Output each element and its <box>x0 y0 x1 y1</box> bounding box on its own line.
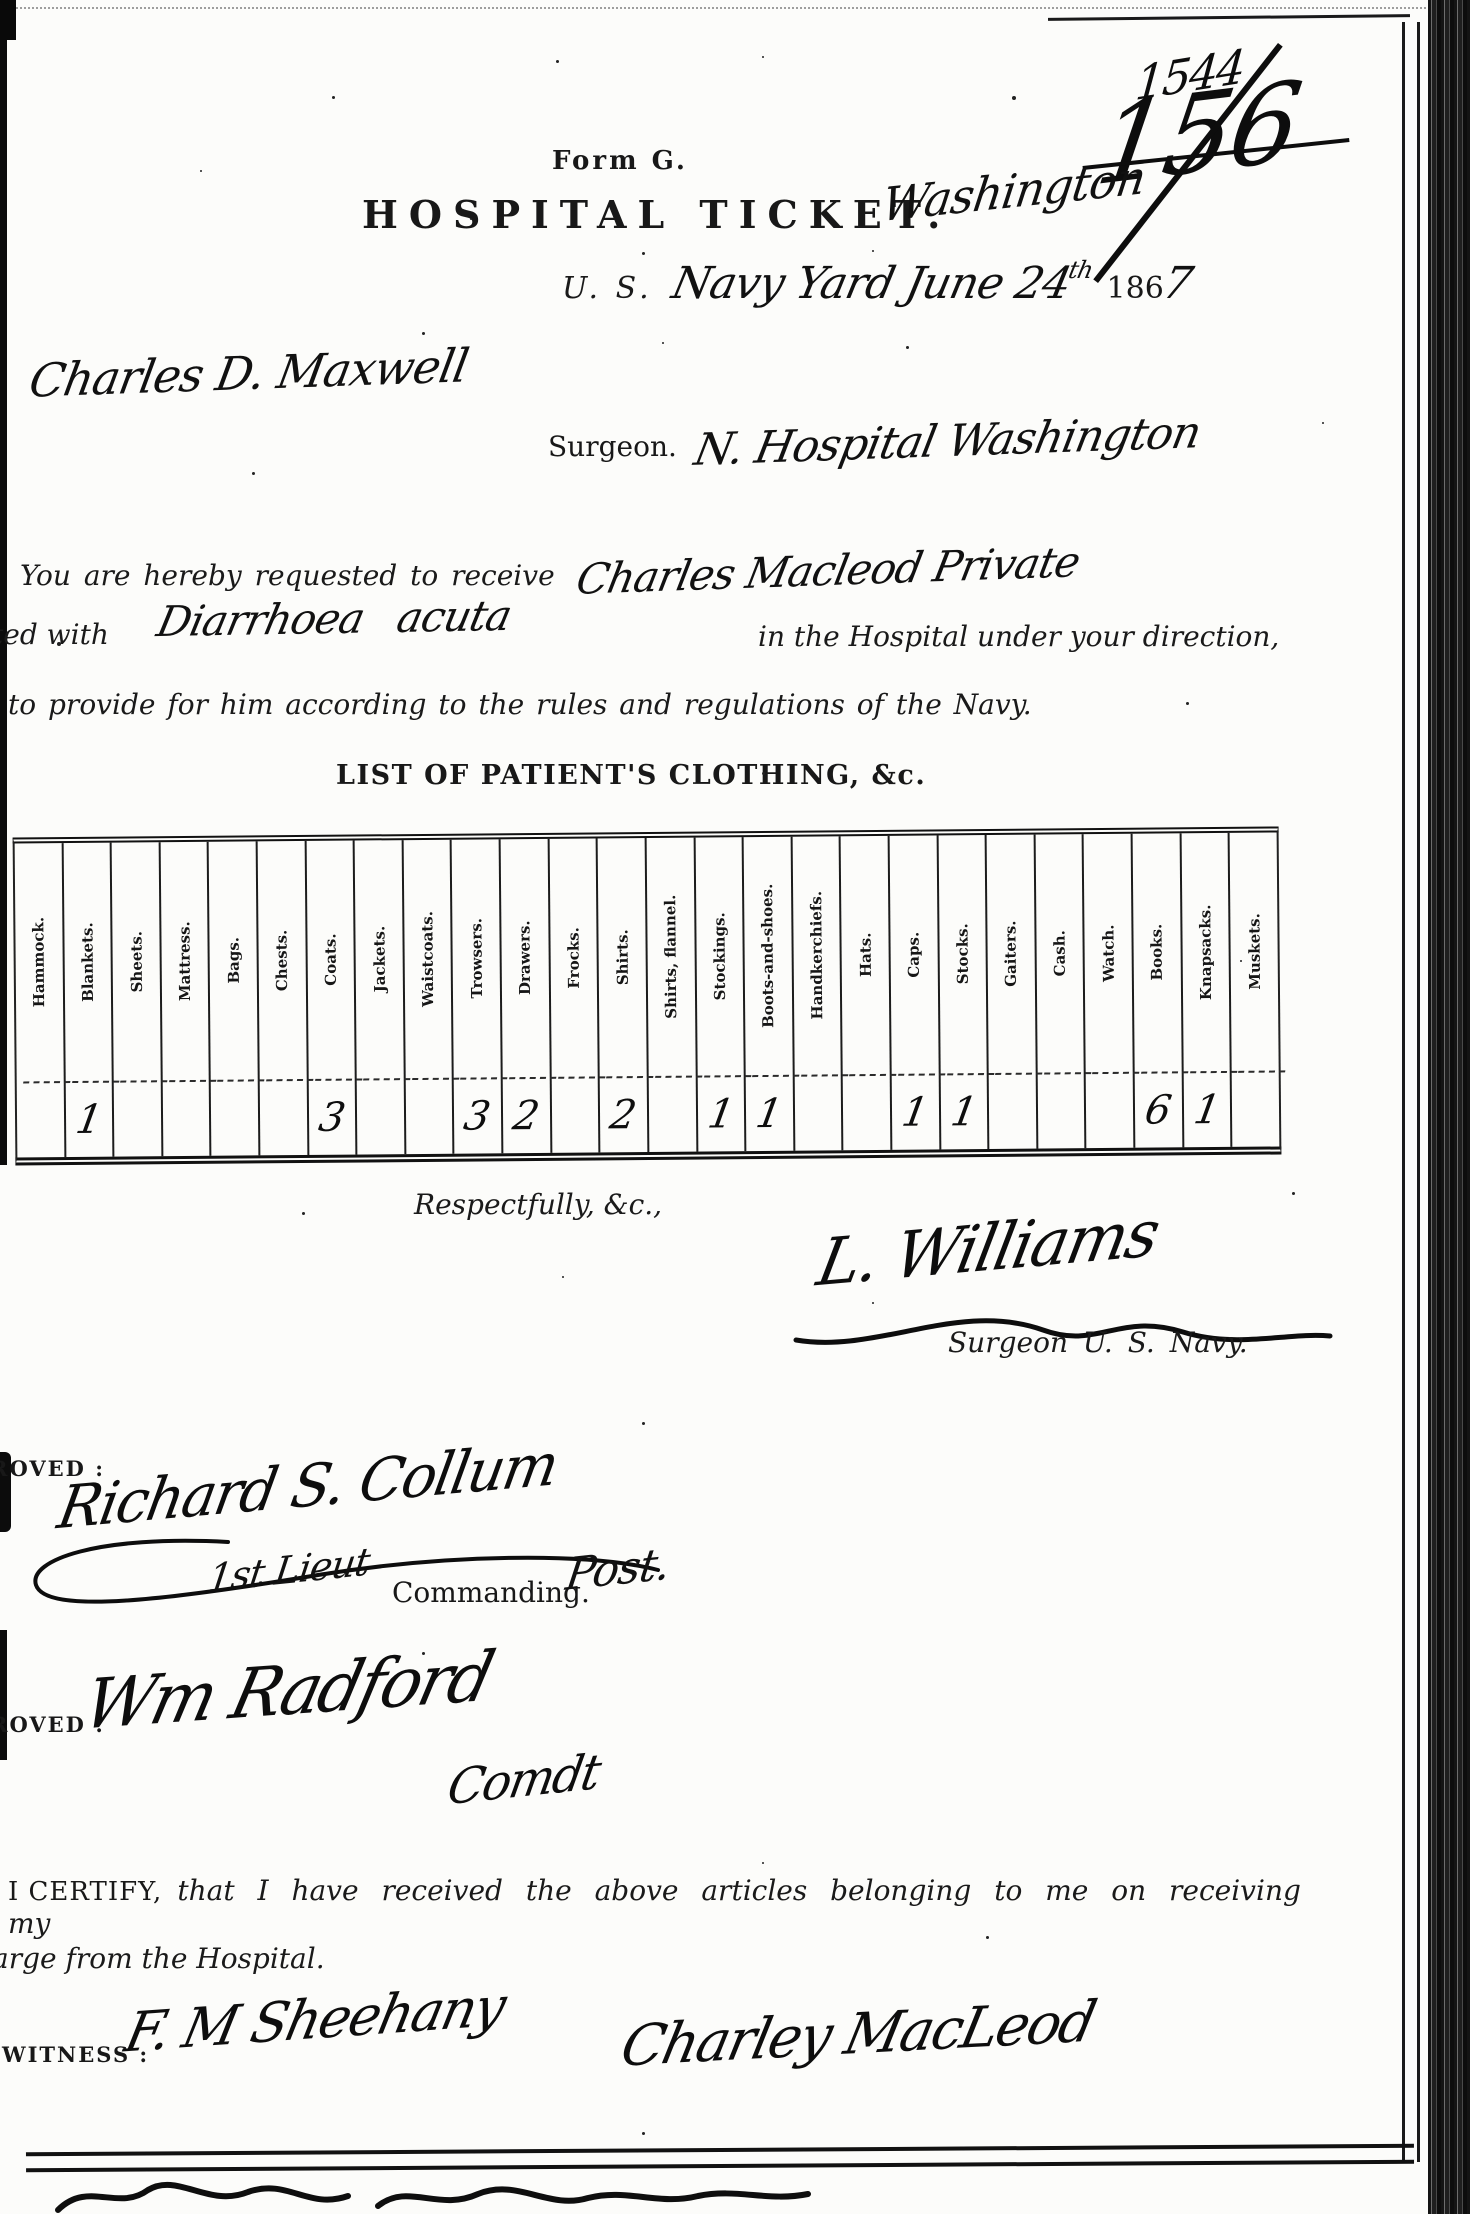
request-printed: You are hereby requested to receive <box>20 559 555 592</box>
certify-prefix-printed: I CERTIFY, <box>8 1877 162 1907</box>
witness-signature: F. M Sheehany <box>120 1974 511 2064</box>
clothing-column-label: Caps. <box>904 826 924 1074</box>
clothing-column-label: Gaiters. <box>1001 825 1021 1073</box>
clothing-column-label: Stockings. <box>709 827 729 1075</box>
scan-speckle <box>762 1862 764 1864</box>
scan-speckle <box>762 772 765 775</box>
form-top-border <box>1048 14 1410 21</box>
clothing-column-label: Muskets. <box>1244 823 1264 1071</box>
certification-line-1: I CERTIFY, that I have received the abov… <box>8 1874 1338 1940</box>
scan-speckle <box>252 472 255 475</box>
scan-speckle <box>872 1302 874 1304</box>
clothing-column: Stocks.1 <box>936 835 987 1149</box>
clothing-column-label: Shirts, flannel. <box>661 828 681 1076</box>
commanding-printed: Commanding. <box>392 1576 590 1609</box>
clothing-column: Gaiters. <box>985 835 1036 1149</box>
scan-ink-blob <box>0 1630 7 1760</box>
form-bottom-border <box>26 2144 1414 2172</box>
clothing-column: Blankets.1 <box>61 843 112 1157</box>
scan-speckle <box>470 218 472 220</box>
scan-speckle <box>906 346 909 349</box>
dateline-handwritten: Navy Yard June 24 <box>667 258 1075 309</box>
scan-speckle <box>872 250 874 252</box>
clothing-column-label: Chests. <box>272 831 292 1079</box>
clothing-column: Coats.3 <box>304 841 355 1155</box>
respectfully-printed: Respectfully, &c., <box>414 1188 662 1221</box>
clothing-column: Bags. <box>207 841 258 1155</box>
scan-speckle <box>1322 422 1324 424</box>
patient-name-handwritten: Charles Macleod Private <box>572 537 1083 604</box>
approver-signature-2: Wm Radford <box>76 1637 499 1746</box>
approver-signature-1: Richard S. Collum <box>53 1430 563 1543</box>
clothing-column-label: Watch. <box>1098 824 1118 1072</box>
request-line-1: You are hereby requested to receive Char… <box>20 546 1079 595</box>
scan-speckle <box>986 1936 989 1939</box>
diagnosis-handwritten: Diarrhoea acuta <box>153 591 516 646</box>
clothing-column: Shirts.2 <box>596 838 647 1152</box>
scan-speckle <box>422 332 425 335</box>
certify-body-printed: that I have received the above articles … <box>8 1874 1301 1940</box>
clothing-column: Muskets. <box>1228 833 1279 1147</box>
scan-speckle <box>200 170 202 172</box>
scan-left-edge <box>0 0 7 1165</box>
clothing-column: Jackets. <box>353 840 404 1154</box>
clothing-table: Hammock.Blankets.1Sheets.Mattress.Bags.C… <box>13 826 1282 1165</box>
surgeon-label-printed: Surgeon. <box>548 430 677 463</box>
clothing-column-label: Mattress. <box>175 832 195 1080</box>
scan-speckle <box>57 642 61 646</box>
clothing-column-label: Stocks. <box>952 825 972 1073</box>
clothing-column: Shirts, flannel. <box>645 838 696 1152</box>
addressee-name-handwritten: Charles D. Maxwell <box>25 338 472 408</box>
clothing-column-label: Sheets. <box>126 832 146 1080</box>
clothing-column-label: Handkerchiefs. <box>807 826 827 1074</box>
clothing-column-label: Hammock. <box>29 833 49 1081</box>
clothing-list-title: LIST OF PATIENT'S CLOTHING, &c. <box>336 760 926 791</box>
clothing-column: Hats. <box>839 836 890 1150</box>
clothing-column: Frocks. <box>547 838 598 1152</box>
clothing-column-label: Frocks. <box>564 829 584 1077</box>
scan-speckle <box>1292 1192 1295 1195</box>
clothing-column: Books.6 <box>1131 833 1182 1147</box>
clothing-column-label: Cash. <box>1050 824 1070 1072</box>
commandant-handwritten: Comdt <box>443 1743 603 1816</box>
scan-speckle <box>1240 960 1242 962</box>
scan-speckle <box>556 60 559 63</box>
scan-speckle <box>1186 702 1189 705</box>
scan-speckle <box>642 1422 645 1425</box>
scan-speckle <box>1012 96 1016 100</box>
clothing-column-label: Bags. <box>223 832 243 1080</box>
clothing-column: Chests. <box>256 841 307 1155</box>
clothing-column-label: Jackets. <box>369 830 389 1078</box>
scan-speckle <box>642 2132 645 2135</box>
provide-printed: to provide for him according to the rule… <box>8 688 1032 721</box>
scan-ink-blob <box>0 0 16 40</box>
clothing-column-label: Books. <box>1147 823 1167 1071</box>
certification-line-2: arge from the Hospital. <box>0 1942 325 1975</box>
afflicted-with-printed: ted with <box>0 618 109 651</box>
clothing-column-label: Blankets. <box>77 833 97 1081</box>
surgeon-title-printed: Surgeon U. S. Navy. <box>948 1326 1248 1359</box>
scan-speckle <box>562 1276 564 1278</box>
clothing-column: Trowsers.3 <box>450 839 501 1153</box>
scan-speckle <box>422 1652 425 1655</box>
patient-signature: Charley MacLeod <box>615 1989 1100 2080</box>
scan-speckle <box>302 1212 305 1215</box>
clothing-column: Waistcoats. <box>402 840 453 1154</box>
clothing-column: Mattress. <box>158 842 209 1156</box>
surgeon-line: Surgeon. N. Hospital Washington <box>548 416 1200 467</box>
form-number-label: Form G. <box>552 146 688 176</box>
scan-speckle <box>332 96 335 99</box>
clothing-column: Boots-and-shoes.1 <box>742 837 793 1151</box>
clothing-column: Caps.1 <box>888 835 939 1149</box>
clothing-column-label: Hats. <box>855 826 875 1074</box>
dateline-year-digit-handwritten: 7 <box>1158 258 1196 309</box>
clothing-column-label: Waistcoats. <box>418 830 438 1078</box>
clothing-column: Knapsacks.1 <box>1179 833 1230 1147</box>
clothing-column: Watch. <box>1082 834 1133 1148</box>
scan-speckle <box>642 252 645 255</box>
dateline: U. S. Navy Yard June 24 th 186 7 <box>562 258 1191 309</box>
scan-top-dotted-line <box>0 7 1470 9</box>
clothing-column-label: Boots-and-shoes. <box>758 827 778 1075</box>
scan-speckle <box>762 56 764 58</box>
clothing-column: Hammock. <box>15 843 64 1157</box>
form-right-border <box>1402 22 1420 2162</box>
surgeon-handwritten: N. Hospital Washington <box>690 407 1205 476</box>
clothing-column-label: Drawers. <box>515 829 535 1077</box>
clothing-column: Cash. <box>1033 834 1084 1148</box>
clothing-column: Handkerchiefs. <box>790 836 841 1150</box>
dateline-superscript: th <box>1066 256 1095 284</box>
document-title: HOSPITAL TICKET. <box>362 192 951 237</box>
clothing-column-label: Shirts. <box>612 828 632 1076</box>
clothing-column: Sheets. <box>110 842 161 1156</box>
dateline-printed-prefix: U. S. <box>562 271 653 306</box>
cut-off-handwriting-fragment <box>48 2172 828 2214</box>
clothing-column-label: Knapsacks. <box>1195 823 1215 1071</box>
hospital-ticket-document: 1544 156 Form G. HOSPITAL TICKET. Washin… <box>0 0 1470 2214</box>
clothing-column-label: Trowsers. <box>466 829 486 1077</box>
clothing-column: Drawers.2 <box>499 839 550 1153</box>
scan-speckle <box>662 342 664 344</box>
book-page-edge <box>1428 0 1470 2214</box>
clothing-column: Stockings.1 <box>693 837 744 1151</box>
title-location-handwritten: Washington <box>879 150 1149 233</box>
dateline-printed-year: 186 <box>1107 271 1164 306</box>
surgeon-signature: L. Williams <box>811 1196 1164 1301</box>
clothing-column-label: Coats. <box>320 831 340 1079</box>
direction-printed: in the Hospital under your direction, <box>758 620 1279 653</box>
